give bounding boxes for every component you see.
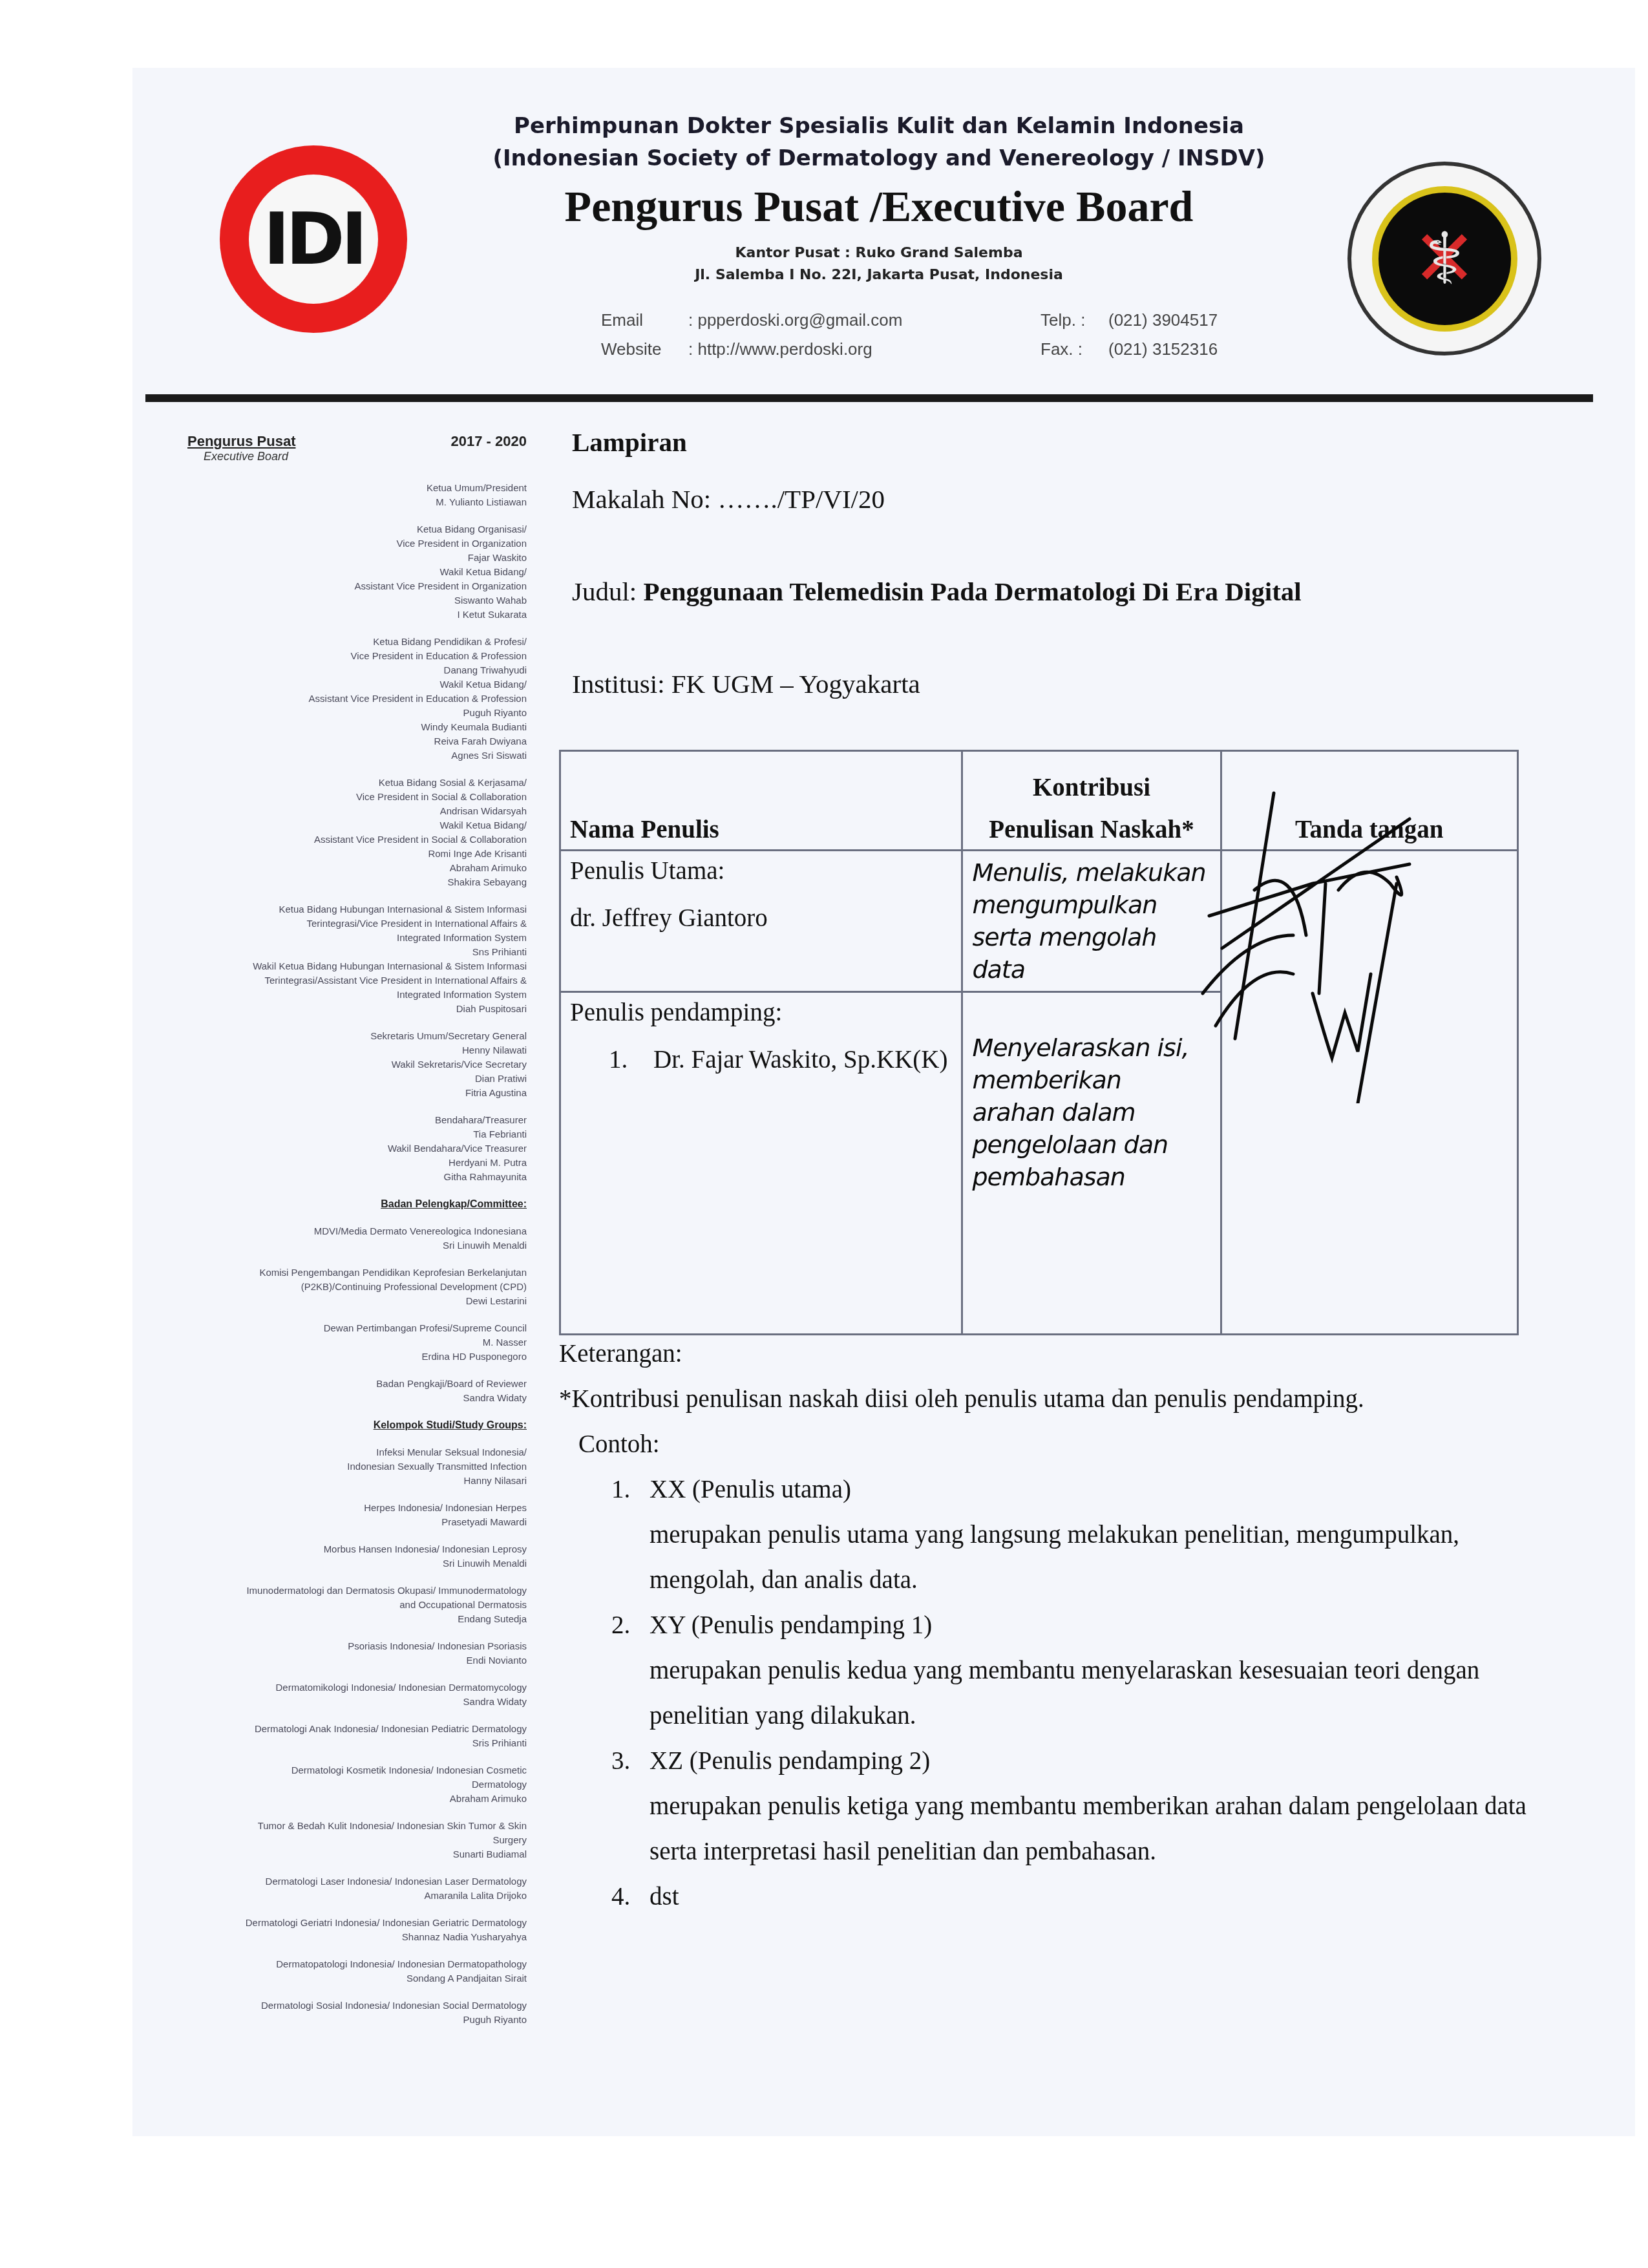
- sidebar-line: Badan Pengkaji/Board of Reviewer: [155, 1377, 527, 1392]
- sidebar-line: Ketua Bidang Hubungan Internasional & Si…: [155, 903, 527, 917]
- sidebar-line: I Ketut Sukarata: [155, 608, 527, 622]
- sidebar-line: Amaranila Lalita Drijoko: [155, 1889, 527, 1903]
- sidebar-header: Pengurus Pusat 2017 - 2020: [155, 433, 527, 450]
- email-label: Email: [601, 310, 643, 330]
- sidebar-group: Ketua Bidang Pendidikan & Profesi/Vice P…: [155, 635, 527, 763]
- sidebar-line: Dermatologi Geriatri Indonesia/ Indonesi…: [155, 1916, 527, 1931]
- table-row: Penulis Utama: dr. Jeffrey Giantoro Menu…: [560, 851, 1518, 992]
- sidebar-line: Dermatologi Anak Indonesia/ Indonesian P…: [155, 1722, 527, 1737]
- sidebar-line: Endang Sutedja: [155, 1613, 527, 1627]
- attachment-heading: Lampiran: [572, 427, 1541, 458]
- sidebar-line: Andrisan Widarsyah: [155, 805, 527, 819]
- sidebar-line: Agnes Sri Siswati: [155, 749, 527, 763]
- header-contribution-line2: Penulisan Naskah*: [972, 815, 1210, 844]
- sidebar-line: MDVI/Media Dermato Venereologica Indones…: [155, 1225, 527, 1239]
- sidebar-group: Ketua Bidang Sosial & Kerjasama/Vice Pre…: [155, 776, 527, 890]
- sidebar-line: Windy Keumala Budianti: [155, 721, 527, 735]
- sidebar-group: Dermatologi Laser Indonesia/ Indonesian …: [155, 1875, 527, 1903]
- sidebar-line: Ketua Bidang Pendidikan & Profesi/: [155, 635, 527, 650]
- sidebar-subtitle: Executive Board: [155, 450, 527, 463]
- example-title: XX (Penulis utama): [650, 1476, 851, 1503]
- address-line1: Kantor Pusat : Ruko Grand Salemba: [491, 242, 1267, 264]
- sidebar-line: Wakil Ketua Bidang/: [155, 819, 527, 833]
- list-item: XY (Penulis pendamping 1) merupakan penu…: [637, 1603, 1528, 1739]
- sidebar-line: Psoriasis Indonesia/ Indonesian Psoriasi…: [155, 1640, 527, 1654]
- sidebar-line: Ketua Bidang Sosial & Kerjasama/: [155, 776, 527, 790]
- sidebar-line: Assistant Vice President in Social & Col…: [155, 833, 527, 847]
- sidebar-line: Dian Pratiwi: [155, 1072, 527, 1086]
- sidebar-group: Imunodermatologi dan Dermatosis Okupasi/…: [155, 1584, 527, 1627]
- sidebar-line: Fajar Waskito: [155, 551, 527, 566]
- sidebar-line: Surgery: [155, 1834, 527, 1848]
- handwritten-signature-icon: [1196, 780, 1416, 1103]
- emblem-ring: ✕ ⚕: [1372, 186, 1517, 332]
- notes-footnote: *Kontribusi penulisan naskah diisi oleh …: [559, 1377, 1528, 1422]
- co-author-cell: Penulis pendamping: 1. Dr. Fajar Waskito…: [560, 992, 962, 1335]
- sidebar-line: Reiva Farah Dwiyana: [155, 735, 527, 749]
- header-contribution: Kontribusi Penulisan Naskah*: [962, 751, 1221, 851]
- example-description: merupakan penulis utama yang langsung me…: [650, 1512, 1528, 1603]
- sidebar-group: Morbus Hansen Indonesia/ Indonesian Lepr…: [155, 1543, 527, 1571]
- author-role: Penulis pendamping:: [570, 998, 952, 1027]
- sidebar-line: Wakil Sekretaris/Vice Secretary: [155, 1058, 527, 1072]
- sidebar-line: Hanny Nilasari: [155, 1474, 527, 1489]
- fax-label: Fax. :: [1041, 339, 1083, 359]
- sidebar-line: Integrated Information System: [155, 931, 527, 946]
- sidebar-line: Infeksi Menular Seksual Indonesia/: [155, 1446, 527, 1460]
- sidebar-line: Sekretaris Umum/Secretary General: [155, 1030, 527, 1044]
- notes-section: Keterangan: *Kontribusi penulisan naskah…: [559, 1331, 1528, 1920]
- sidebar-line: Dewi Lestarini: [155, 1295, 527, 1309]
- sidebar-line: Vice President in Social & Collaboration: [155, 790, 527, 805]
- example-description: merupakan penulis kedua yang membantu me…: [650, 1648, 1528, 1739]
- author-number: 1.: [609, 1046, 628, 1074]
- sidebar-line: Komisi Pengembangan Pendidikan Keprofesi…: [155, 1266, 527, 1280]
- paper-title: Judul: Penggunaan Telemedisin Pada Derma…: [572, 576, 1541, 607]
- sidebar-line: Integrated Information System: [155, 988, 527, 1002]
- sidebar-line: Herdyani M. Putra: [155, 1156, 527, 1171]
- sidebar-group: Badan Pengkaji/Board of ReviewerSandra W…: [155, 1377, 527, 1406]
- office-address: Kantor Pusat : Ruko Grand Salemba Jl. Sa…: [491, 242, 1267, 286]
- sidebar-line: Githa Rahmayunita: [155, 1171, 527, 1185]
- contribution-handwritten: Menulis, melakukan mengumpulkan serta me…: [962, 851, 1221, 992]
- example-title: XY (Penulis pendamping 1): [650, 1611, 932, 1639]
- sidebar-line: Sri Linuwih Menaldi: [155, 1557, 527, 1571]
- paper-number: Makalah No: ……./TP/VI/20: [572, 483, 1541, 514]
- sidebar-line: Indonesian Sexually Transmitted Infectio…: [155, 1460, 527, 1474]
- telp-label: Telp. :: [1041, 310, 1085, 330]
- sidebar-group: Dermatologi Kosmetik Indonesia/ Indonesi…: [155, 1764, 527, 1807]
- address-line2: Jl. Salemba I No. 22I, Jakarta Pusat, In…: [491, 264, 1267, 286]
- sidebar-line: Abraham Arimuko: [155, 862, 527, 876]
- sidebar-line: Terintegrasi/Assistant Vice President in…: [155, 974, 527, 988]
- sidebar-line: Imunodermatologi dan Dermatosis Okupasi/…: [155, 1584, 527, 1598]
- sidebar-group: Dermatologi Geriatri Indonesia/ Indonesi…: [155, 1916, 527, 1945]
- sidebar-line: Siswanto Wahab: [155, 594, 527, 608]
- sidebar-line: Puguh Riyanto: [155, 2013, 527, 2028]
- list-item: XX (Penulis utama) merupakan penulis uta…: [637, 1467, 1528, 1603]
- header-contribution-line1: Kontribusi: [972, 773, 1210, 802]
- sidebar-line: Henny Nilawati: [155, 1044, 527, 1058]
- notes-heading: Keterangan:: [559, 1331, 1528, 1377]
- sidebar-line: Terintegrasi/Vice President in Internati…: [155, 917, 527, 931]
- website-value[interactable]: : http://www.perdoski.org: [688, 339, 872, 359]
- author-role: Penulis Utama:: [570, 856, 952, 885]
- sidebar-line: Danang Triwahyudi: [155, 664, 527, 678]
- sidebar-group: Tumor & Bedah Kulit Indonesia/ Indonesia…: [155, 1819, 527, 1862]
- organization-name: Perhimpunan Dokter Spesialis Kulit dan K…: [491, 110, 1267, 175]
- list-item: dst: [637, 1874, 1528, 1920]
- paper-title-label: Judul:: [572, 577, 637, 606]
- sidebar-line: and Occupational Dermatosis: [155, 1598, 527, 1613]
- sidebar-line: Wakil Ketua Bidang/: [155, 678, 527, 692]
- sidebar-group: Kelompok Studi/Study Groups:: [155, 1419, 527, 1433]
- sidebar-line: Vice President in Organization: [155, 537, 527, 551]
- board-title: Pengurus Pusat /Executive Board: [491, 181, 1267, 232]
- sidebar-line: Sandra Widaty: [155, 1695, 527, 1710]
- sidebar-line: Vice President in Education & Profession: [155, 650, 527, 664]
- example-label: Contoh:: [559, 1422, 1528, 1467]
- executive-board-sidebar: Pengurus Pusat 2017 - 2020 Executive Boa…: [155, 433, 527, 2040]
- sidebar-group: Psoriasis Indonesia/ Indonesian Psoriasi…: [155, 1640, 527, 1668]
- sidebar-line: Morbus Hansen Indonesia/ Indonesian Lepr…: [155, 1543, 527, 1557]
- sidebar-line: Endi Novianto: [155, 1654, 527, 1668]
- sidebar-line: Ketua Umum/President: [155, 482, 527, 496]
- sidebar-group: Ketua Umum/PresidentM. Yulianto Listiawa…: [155, 482, 527, 510]
- header-author-name: Nama Penulis: [560, 751, 962, 851]
- sidebar-group: Dewan Pertimbangan Profesi/Supreme Counc…: [155, 1322, 527, 1364]
- sidebar-section-title: Badan Pelengkap/Committee:: [155, 1198, 527, 1212]
- sidebar-line: Sondang A Pandjaitan Sirait: [155, 1972, 527, 1986]
- sidebar-title: Pengurus Pusat: [155, 433, 295, 450]
- sidebar-line: Assistant Vice President in Education & …: [155, 692, 527, 706]
- sidebar-line: Sunarti Budiamal: [155, 1848, 527, 1862]
- example-list: XX (Penulis utama) merupakan penulis uta…: [559, 1467, 1528, 1920]
- sidebar-line: Diah Puspitosari: [155, 1002, 527, 1017]
- authors-table: Nama Penulis Kontribusi Penulisan Naskah…: [559, 750, 1519, 1335]
- sidebar-line: Assistant Vice President in Organization: [155, 580, 527, 594]
- telp-value: (021) 3904517: [1108, 310, 1218, 330]
- co-author-entry: 1. Dr. Fajar Waskito, Sp.KK(K): [570, 1045, 952, 1074]
- org-name-line1: Perhimpunan Dokter Spesialis Kulit dan K…: [491, 110, 1267, 142]
- author-name: Dr. Fajar Waskito, Sp.KK(K): [653, 1046, 947, 1074]
- sidebar-line: Fitria Agustina: [155, 1086, 527, 1101]
- main-author-cell: Penulis Utama: dr. Jeffrey Giantoro: [560, 851, 962, 992]
- sidebar-group: Dermatologi Sosial Indonesia/ Indonesian…: [155, 1999, 527, 2028]
- sidebar-line: Wakil Ketua Bidang Hubungan Internasiona…: [155, 960, 527, 974]
- example-description: merupakan penulis ketiga yang membantu m…: [650, 1784, 1528, 1874]
- sidebar-line: Wakil Ketua Bidang/: [155, 566, 527, 580]
- sidebar-line: M. Nasser: [155, 1336, 527, 1350]
- sidebar-group: Ketua Bidang Organisasi/Vice President i…: [155, 523, 527, 622]
- idi-logo-text: IDI: [249, 175, 378, 304]
- example-title: dst: [650, 1883, 679, 1911]
- sidebar-group: Sekretaris Umum/Secretary GeneralHenny N…: [155, 1030, 527, 1101]
- sidebar-line: (P2KB)/Continuing Professional Developme…: [155, 1280, 527, 1295]
- sidebar-group: Ketua Bidang Hubungan Internasional & Si…: [155, 903, 527, 1017]
- sidebar-line: Tumor & Bedah Kulit Indonesia/ Indonesia…: [155, 1819, 527, 1834]
- sidebar-line: Dewan Pertimbangan Profesi/Supreme Counc…: [155, 1322, 527, 1336]
- sidebar-line: Ketua Bidang Organisasi/: [155, 523, 527, 537]
- sidebar-group: MDVI/Media Dermato Venereologica Indones…: [155, 1225, 527, 1253]
- perdoski-emblem-icon: ✕ ⚕: [1347, 162, 1541, 355]
- sidebar-line: Prasetyadi Mawardi: [155, 1516, 527, 1530]
- list-item: XZ (Penulis pendamping 2) merupakan penu…: [637, 1739, 1528, 1874]
- sidebar-line: Tia Febrianti: [155, 1128, 527, 1142]
- fax-value: (021) 3152316: [1108, 339, 1218, 359]
- sidebar-line: Dermatologi Sosial Indonesia/ Indonesian…: [155, 1999, 527, 2013]
- attachment-body: Lampiran Makalah No: ……./TP/VI/20 Judul:…: [572, 427, 1541, 761]
- sidebar-line: Romi Inge Ade Krisanti: [155, 847, 527, 862]
- sidebar-group: Dermatopatologi Indonesia/ Indonesian De…: [155, 1958, 527, 1986]
- sidebar-group: Badan Pelengkap/Committee:: [155, 1198, 527, 1212]
- sidebar-line: Dermatologi Kosmetik Indonesia/ Indonesi…: [155, 1764, 527, 1778]
- paper-number-value: ……./TP/VI/20: [717, 484, 885, 514]
- idi-logo-icon: IDI: [220, 145, 407, 333]
- example-title: XZ (Penulis pendamping 2): [650, 1747, 930, 1775]
- institution: Institusi: FK UGM – Yogyakarta: [572, 668, 1541, 699]
- sidebar-line: Shakira Sebayang: [155, 876, 527, 890]
- sidebar-section-title: Kelompok Studi/Study Groups:: [155, 1419, 527, 1433]
- paper-title-value: Penggunaan Telemedisin Pada Dermatologi …: [644, 577, 1302, 606]
- sidebar-line: Wakil Bendahara/Vice Treasurer: [155, 1142, 527, 1156]
- sidebar-groups: Ketua Umum/PresidentM. Yulianto Listiawa…: [155, 482, 527, 2028]
- sidebar-group: Komisi Pengembangan Pendidikan Keprofesi…: [155, 1266, 527, 1309]
- institution-value: FK UGM – Yogyakarta: [671, 669, 920, 699]
- caduceus-icon: ⚕: [1425, 217, 1464, 300]
- sidebar-line: Herpes Indonesia/ Indonesian Herpes: [155, 1501, 527, 1516]
- institution-label: Institusi:: [572, 669, 665, 699]
- sidebar-line: Dermatopatologi Indonesia/ Indonesian De…: [155, 1958, 527, 1972]
- sidebar-group: Infeksi Menular Seksual Indonesia/Indone…: [155, 1446, 527, 1489]
- sidebar-line: Erdina HD Pusponegoro: [155, 1350, 527, 1364]
- sidebar-line: Dermatologi Laser Indonesia/ Indonesian …: [155, 1875, 527, 1889]
- email-value[interactable]: : ppperdoski.org@gmail.com: [688, 310, 902, 330]
- sidebar-line: Bendahara/Treasurer: [155, 1114, 527, 1128]
- sidebar-line: Abraham Arimuko: [155, 1792, 527, 1807]
- sidebar-group: Dermatomikologi Indonesia/ Indonesian De…: [155, 1681, 527, 1710]
- sidebar-line: M. Yulianto Listiawan: [155, 496, 527, 510]
- signature-cell: [1221, 851, 1517, 1335]
- sidebar-group: Herpes Indonesia/ Indonesian HerpesPrase…: [155, 1501, 527, 1530]
- contribution-handwritten: Menyelaraskan isi, memberikan arahan dal…: [962, 992, 1221, 1335]
- sidebar-line: Dermatomikologi Indonesia/ Indonesian De…: [155, 1681, 527, 1695]
- sidebar-line: Sns Prihianti: [155, 946, 527, 960]
- org-name-line2: (Indonesian Society of Dermatology and V…: [491, 142, 1267, 175]
- sidebar-line: Dermatology: [155, 1778, 527, 1792]
- sidebar-group: Dermatologi Anak Indonesia/ Indonesian P…: [155, 1722, 527, 1751]
- website-label: Website: [601, 339, 661, 359]
- paper-number-label: Makalah No:: [572, 484, 711, 514]
- sidebar-line: Puguh Riyanto: [155, 706, 527, 721]
- sidebar-line: Sandra Widaty: [155, 1392, 527, 1406]
- sidebar-line: Shannaz Nadia Yusharyahya: [155, 1931, 527, 1945]
- header-divider: [145, 394, 1593, 402]
- author-name: dr. Jeffrey Giantoro: [570, 904, 952, 933]
- sidebar-line: Sri Linuwih Menaldi: [155, 1239, 527, 1253]
- sidebar-line: Sris Prihianti: [155, 1737, 527, 1751]
- sidebar-period: 2017 - 2020: [451, 433, 527, 450]
- sidebar-group: Bendahara/TreasurerTia FebriantiWakil Be…: [155, 1114, 527, 1185]
